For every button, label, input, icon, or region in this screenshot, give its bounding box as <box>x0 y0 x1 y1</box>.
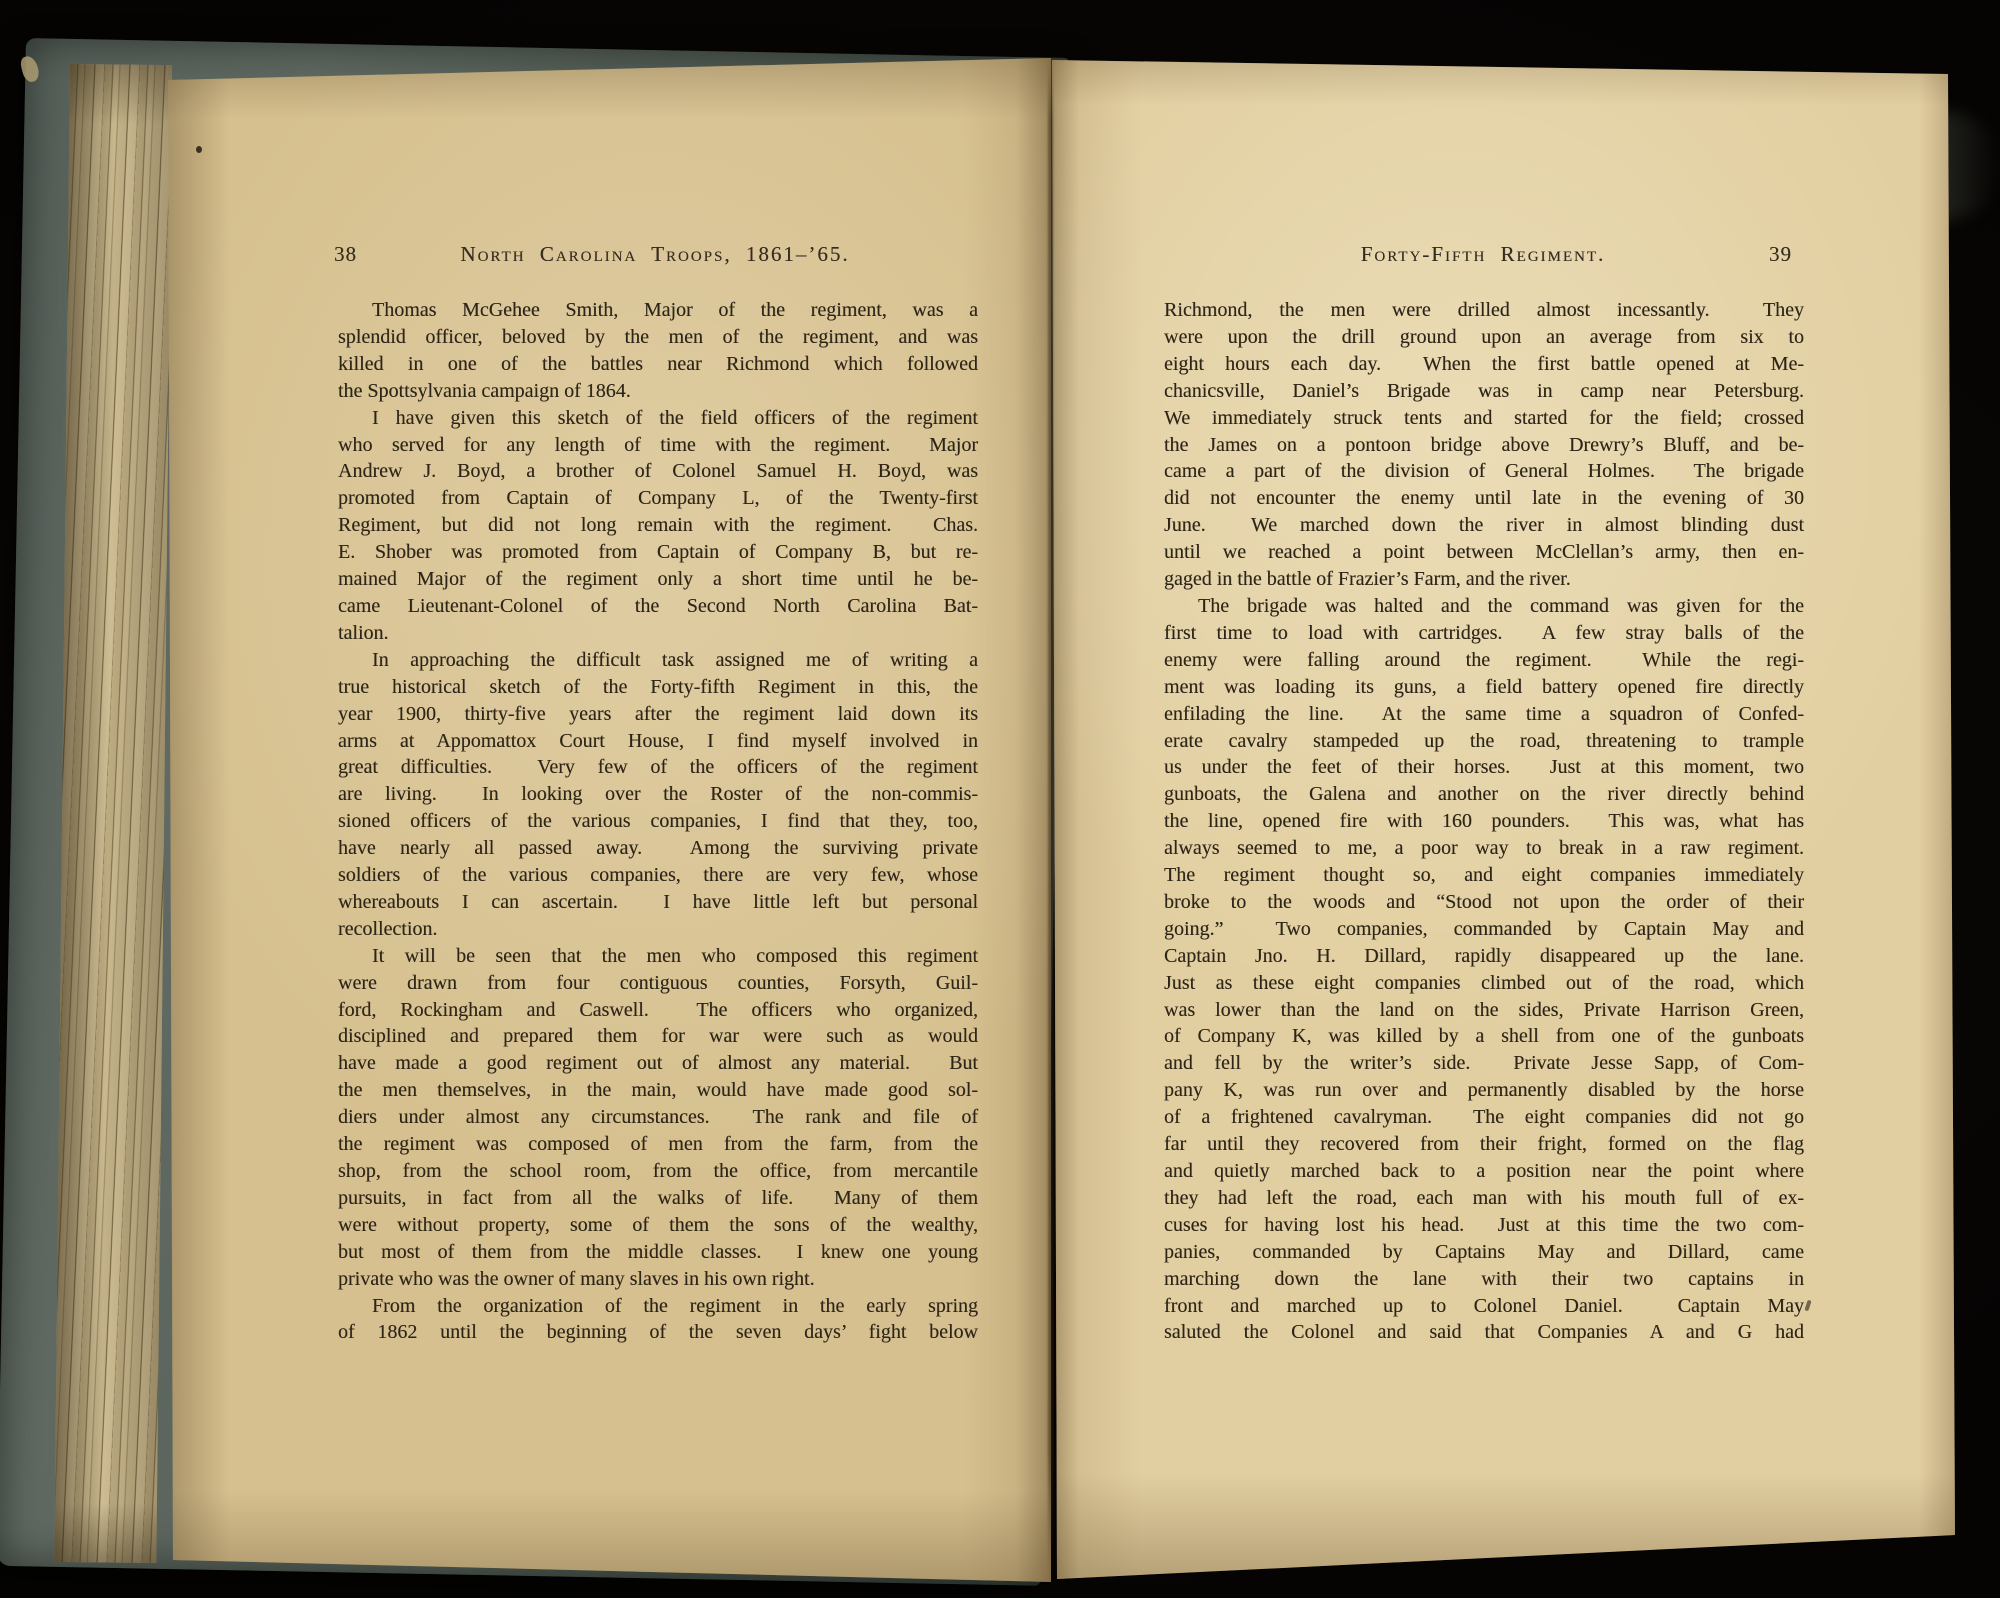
text-line: sioned officers of the various companies… <box>338 808 978 835</box>
paragraph: The brigade was halted and the command w… <box>1164 593 1804 1346</box>
text-line: pany K, was run over and permanently dis… <box>1164 1077 1804 1104</box>
text-line: broke to the woods and “Stood not upon t… <box>1164 889 1804 916</box>
text-line: of 1862 until the beginning of the seven… <box>338 1319 978 1346</box>
text-line: came a part of the division of General H… <box>1164 458 1804 485</box>
text-line: recollection. <box>338 916 978 943</box>
text-line: arms at Appomattox Court House, I find m… <box>338 728 978 755</box>
text-line: chanicsville, Daniel’s Brigade was in ca… <box>1164 378 1804 405</box>
text-line: Just as these eight companies climbed ou… <box>1164 970 1804 997</box>
text-line: Regiment, but did not long remain with t… <box>338 512 978 539</box>
text-line: We immediately struck tents and started … <box>1164 405 1804 432</box>
text-line: erate cavalry stampeded up the road, thr… <box>1164 728 1804 755</box>
text-line: June. We marched down the river in almos… <box>1164 512 1804 539</box>
text-line: until we reached a point between McClell… <box>1164 539 1804 566</box>
page-edge-stack <box>54 64 172 1563</box>
text-line: the Spottsylvania campaign of 1864. <box>338 378 978 405</box>
text-line: front and marched up to Colonel Daniel. … <box>1164 1293 1804 1320</box>
text-line: always seemed to me, a poor way to break… <box>1164 835 1804 862</box>
text-line: came Lieutenant-Colonel of the Second No… <box>338 593 978 620</box>
text-line: I have given this sketch of the field of… <box>338 405 978 432</box>
text-line: true historical sketch of the Forty-fift… <box>338 674 978 701</box>
text-line: of Company K, was killed by a shell from… <box>1164 1023 1804 1050</box>
text-line: Captain Jno. H. Dillard, rapidly disappe… <box>1164 943 1804 970</box>
text-line: they had left the road, each man with hi… <box>1164 1185 1804 1212</box>
fly-speck <box>196 146 202 153</box>
running-header-left-title: North Carolina Troops, 1861–’65. <box>330 242 980 267</box>
text-line: are living. In looking over the Roster o… <box>338 781 978 808</box>
text-line: ford, Rockingham and Caswell. The office… <box>338 997 978 1024</box>
left-page-text-column: Thomas McGehee Smith, Major of the regim… <box>338 297 978 1346</box>
text-line: mained Major of the regiment only a shor… <box>338 566 978 593</box>
text-line: did not encounter the enemy until late i… <box>1164 485 1804 512</box>
text-line: going.” Two companies, commanded by Capt… <box>1164 916 1804 943</box>
text-line: but most of them from the middle classes… <box>338 1239 978 1266</box>
page-number-left: 38 <box>334 242 357 267</box>
text-line: was lower than the land on the sides, Pr… <box>1164 997 1804 1024</box>
text-line: marching down the lane with their two ca… <box>1164 1266 1804 1293</box>
text-line: The regiment thought so, and eight compa… <box>1164 862 1804 889</box>
text-line: and quietly marched back to a position n… <box>1164 1158 1804 1185</box>
text-line: promoted from Captain of Company L, of t… <box>338 485 978 512</box>
text-line: the line, opened fire with 160 pounders.… <box>1164 808 1804 835</box>
text-line: gunboats, the Galena and another on the … <box>1164 781 1804 808</box>
text-line: panies, commanded by Captains May and Di… <box>1164 1239 1804 1266</box>
text-line: diers under almost any circumstances. Th… <box>338 1104 978 1131</box>
text-line: splendid officer, beloved by the men of … <box>338 324 978 351</box>
running-header-right: Forty-Fifth Regiment. 39 <box>1158 242 1808 272</box>
gutter-shadow <box>1048 58 1053 1580</box>
text-line: saluted the Colonel and said that Compan… <box>1164 1319 1804 1346</box>
text-line: enfilading the line. At the same time a … <box>1164 701 1804 728</box>
running-header-right-title: Forty-Fifth Regiment. <box>1158 242 1808 267</box>
text-line: enemy were falling around the regiment. … <box>1164 647 1804 674</box>
running-header-left: 38 North Carolina Troops, 1861–’65. <box>330 242 980 272</box>
text-line: It will be seen that the men who compose… <box>338 943 978 970</box>
text-line: shop, from the school room, from the off… <box>338 1158 978 1185</box>
text-line: talion. <box>338 620 978 647</box>
paragraph: It will be seen that the men who compose… <box>338 943 978 1293</box>
text-line: gaged in the battle of Frazier’s Farm, a… <box>1164 566 1804 593</box>
text-line: were upon the drill ground upon an avera… <box>1164 324 1804 351</box>
text-line: of a frightened cavalryman. The eight co… <box>1164 1104 1804 1131</box>
text-line: who served for any length of time with t… <box>338 432 978 459</box>
paragraph: Thomas McGehee Smith, Major of the regim… <box>338 297 978 405</box>
text-line: killed in one of the battles near Richmo… <box>338 351 978 378</box>
paragraph: From the organization of the regiment in… <box>338 1293 978 1347</box>
text-line: year 1900, thirty-five years after the r… <box>338 701 978 728</box>
text-line: E. Shober was promoted from Captain of C… <box>338 539 978 566</box>
text-line: and fell by the writer’s side. Private J… <box>1164 1050 1804 1077</box>
text-line: ment was loading its guns, a field batte… <box>1164 674 1804 701</box>
text-line: were drawn from four contiguous counties… <box>338 970 978 997</box>
text-line: private who was the owner of many slaves… <box>338 1266 978 1293</box>
text-line: soldiers of the various companies, there… <box>338 862 978 889</box>
text-line: Thomas McGehee Smith, Major of the regim… <box>338 297 978 324</box>
text-line: have made a good regiment out of almost … <box>338 1050 978 1077</box>
text-line: first time to load with cartridges. A fe… <box>1164 620 1804 647</box>
paragraph: I have given this sketch of the field of… <box>338 405 978 647</box>
text-line: Andrew J. Boyd, a brother of Colonel Sam… <box>338 458 978 485</box>
text-line: pursuits, in fact from all the walks of … <box>338 1185 978 1212</box>
text-line: far until they recovered from their frig… <box>1164 1131 1804 1158</box>
text-line: the men themselves, in the main, would h… <box>338 1077 978 1104</box>
text-line: the James on a pontoon bridge above Drew… <box>1164 432 1804 459</box>
right-page-text-column: Richmond, the men were drilled almost in… <box>1164 297 1804 1346</box>
text-line: us under the feet of their horses. Just … <box>1164 754 1804 781</box>
text-line: The brigade was halted and the command w… <box>1164 593 1804 620</box>
book-photo: 38 North Carolina Troops, 1861–’65. Thom… <box>0 0 2000 1598</box>
paragraph: In approaching the difficult task assign… <box>338 647 978 943</box>
text-line: were without property, some of them the … <box>338 1212 978 1239</box>
text-line: the regiment was composed of men from th… <box>338 1131 978 1158</box>
paragraph: Richmond, the men were drilled almost in… <box>1164 297 1804 593</box>
text-line: Richmond, the men were drilled almost in… <box>1164 297 1804 324</box>
text-line: great difficulties. Very few of the offi… <box>338 754 978 781</box>
text-line: whereabouts I can ascertain. I have litt… <box>338 889 978 916</box>
text-line: cuses for having lost his head. Just at … <box>1164 1212 1804 1239</box>
text-line: In approaching the difficult task assign… <box>338 647 978 674</box>
text-line: disciplined and prepared them for war we… <box>338 1023 978 1050</box>
page-number-right: 39 <box>1769 242 1792 267</box>
text-line: eight hours each day. When the first bat… <box>1164 351 1804 378</box>
text-line: have nearly all passed away. Among the s… <box>338 835 978 862</box>
text-line: From the organization of the regiment in… <box>338 1293 978 1320</box>
